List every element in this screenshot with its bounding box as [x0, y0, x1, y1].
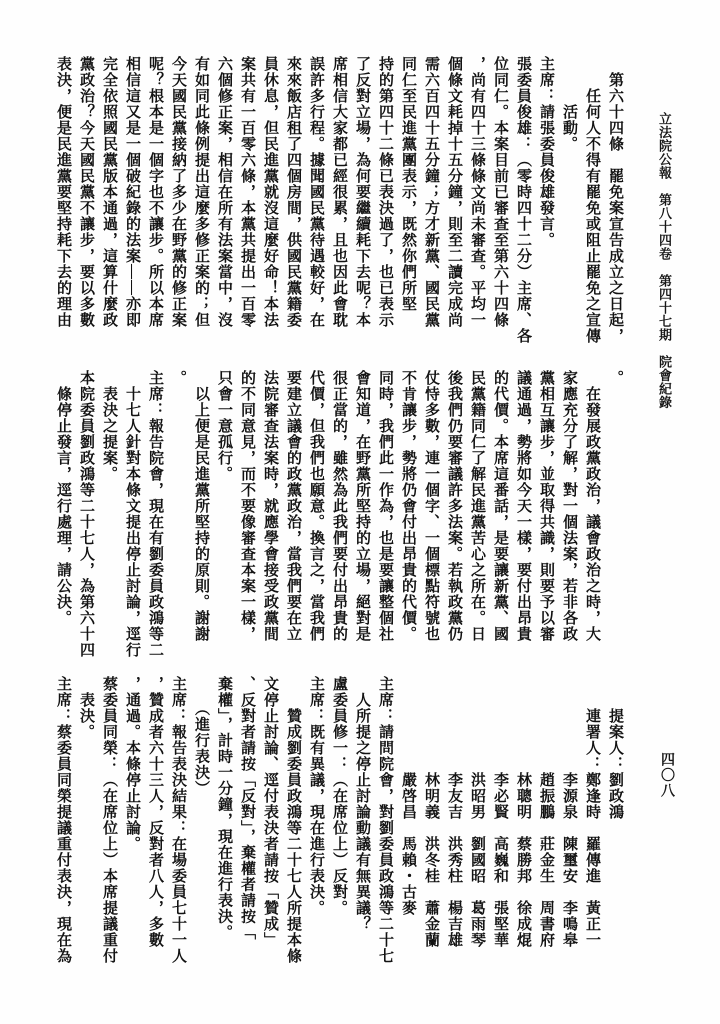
- text-column: 盧委員修一：（在席位上）反對。: [327, 676, 350, 990]
- text-column: 來來飯店租了四個房間，供國民黨籍委: [281, 56, 304, 358]
- text-column: 黨相互讓步，並取得共識，則要予以審: [534, 370, 557, 672]
- text-column: 很正當的，雖然為此我們要付出昂貴的: [327, 370, 350, 672]
- text-column: 表決，便是民進黨要堅持耗下去的理由: [51, 56, 74, 358]
- text-column: 林聰明 蔡勝邦 徐成焜: [511, 676, 534, 990]
- text-column: 李源泉 陳璽安 李鳴皋: [557, 676, 580, 990]
- text-column: 議通過，勢將如今天一樣，要付出昂貴: [511, 370, 534, 672]
- text-column: 席相信大家都已經很累，且也因此會耽: [327, 56, 350, 358]
- text-column: 主席：既有異議，現在進行表決。: [304, 676, 327, 990]
- text-column: 任何人不得有罷免或阻止罷免之宣傳: [580, 56, 603, 358]
- text-column: 條停止發言，逕行處理，請公決。: [51, 370, 74, 672]
- text-column: 連署人：鄭逢時 羅傳進 黃正一: [580, 676, 603, 990]
- text-column: ，贊成者六十三人，反對者八人，多數: [143, 676, 166, 990]
- text-column: 只會一意孤行。: [212, 370, 235, 672]
- text-column: 代價，但我們也願意。換言之，當我們: [304, 370, 327, 672]
- text-column: 了反對立場，為何要繼續耗下去呢？本: [350, 56, 373, 358]
- text-column: 今天國民黨接納了多少在野黨的修正案: [166, 56, 189, 358]
- text-column: ，通過。本條停止討論。: [120, 676, 143, 990]
- text-column: 第六十四條 罷免案宣告成立之日起，: [603, 56, 626, 358]
- text-column: 誤許多行程。據聞國民黨待遇較好，在: [304, 56, 327, 358]
- text-column: 李友吉 洪秀柱 楊吉雄: [442, 676, 465, 990]
- text-column: 提案人：劉政鴻: [603, 676, 626, 990]
- text-column: 蔡委員同榮：（在席位上）本席提議重付: [97, 676, 120, 990]
- text-column: 棄權」，計時一分鐘，現在進行表決。: [212, 676, 235, 990]
- text-column: 活動。: [557, 56, 580, 358]
- text-column: 本院委員劉政鴻等二十七人，為第六十四: [74, 370, 97, 672]
- text-column: 不肯讓步，勢將仍會付出昂貴的代價。: [396, 370, 419, 672]
- register-bottom: 提案人：劉政鴻 連署人：鄭逢時 羅傳進 黃正一 李源泉 陳璽安 李鳴皋 趙振鵬 …: [38, 676, 626, 990]
- text-column: 相信這又是一個破紀錄的法案——亦即: [120, 56, 143, 358]
- text-column: 完全依照國民黨版本通過，這算什麼政: [97, 56, 120, 358]
- text-column: 需六百四十五分鐘；方才新黨、國民黨: [419, 56, 442, 358]
- text-column: 十七人針對本條文提出停止討論，逕行: [120, 370, 143, 672]
- text-column: 位同仁。本案目前已審查至第六十四條: [488, 56, 511, 358]
- text-column: 。: [603, 370, 626, 672]
- text-column: 後我們仍要審議許多法案。若執政黨仍: [442, 370, 465, 672]
- gazette-scan-page: 立法院公報 第八十四卷 第四十七期 院會紀錄 四〇八 第六十四條 罷免案宣告成立…: [0, 0, 720, 1024]
- text-column: 贊成劉委員政鴻等二十七人所提本條: [281, 676, 304, 990]
- text-column: 黨政治？今天國民黨不讓步，要以多數: [74, 56, 97, 358]
- text-column: 在發展政黨政治，議會政治之時，大: [580, 370, 603, 672]
- text-column: 李必賢 高巍和 張堅華: [488, 676, 511, 990]
- register-middle: 。 在發展政黨政治，議會政治之時，大家應充分了解，對一個法案，若非各政黨相互讓步…: [38, 370, 626, 672]
- text-column: 家應充分了解，對一個法案，若非各政: [557, 370, 580, 672]
- text-column: 個條文耗掉十五分鐘，則至二讀完成尚: [442, 56, 465, 358]
- text-column: 員休息，但民進黨就沒這麼好命！本法: [258, 56, 281, 358]
- text-column: 民黨籍同仁了解民進黨苦心之所在。日: [465, 370, 488, 672]
- text-column: 以上便是民進黨所堅持的原則。謝謝: [189, 370, 212, 672]
- register-top: 第六十四條 罷免案宣告成立之日起， 任何人不得有罷免或阻止罷免之宣傳 活動。主席…: [38, 56, 626, 358]
- text-column: 呢？根本是一個字也不讓步。所以本席: [143, 56, 166, 358]
- text-column: 持的第四十二條已表決過了，也已表示: [373, 56, 396, 358]
- running-header: 立法院公報 第八十四卷 第四十七期 院會紀錄: [655, 112, 674, 409]
- text-column: 主席：報告院會，現在有劉委員政鴻等二: [143, 370, 166, 672]
- text-column: 表決之提案。: [97, 370, 120, 672]
- text-column: 文停止討論、逕付表決者請按「贊成」: [258, 676, 281, 990]
- text-column: 案共有一百零六條，本黨共提出一百零: [235, 56, 258, 358]
- text-column: （進行表決）: [189, 676, 212, 990]
- text-column: 主席：請張委員俊雄發言。: [534, 56, 557, 358]
- text-column: 會知道，在野黨所堅持的立場，絕對是: [350, 370, 373, 672]
- text-column: 的代價。本席這番話，是要讓新黨、國: [488, 370, 511, 672]
- page-number: 四〇八: [656, 752, 676, 799]
- text-column: 。: [166, 370, 189, 672]
- text-column: 同時，我們此一作為，也是要讓整個社: [373, 370, 396, 672]
- text-column: 趙振鵬 莊金生 周書府: [534, 676, 557, 990]
- text-column: 主席：報告表決結果：在場委員七十一人: [166, 676, 189, 990]
- text-column: 表決。: [74, 676, 97, 990]
- text-column: ，尚有四十三條條文尚未審查。平均一: [465, 56, 488, 358]
- text-column: 、反對者請按「反對」，棄權者請按「: [235, 676, 258, 990]
- text-column: 林明義 洪冬桂 蕭金蘭: [419, 676, 442, 990]
- text-column: 主席：蔡委員同榮提議重付表決，現在為: [51, 676, 74, 990]
- text-column: 六個修正案，相信在所有法案當中，沒: [212, 56, 235, 358]
- text-column: 嚴啓昌 馬賴・古麥: [396, 676, 419, 990]
- text-column: 洪昭男 劉國昭 葛雨琴: [465, 676, 488, 990]
- text-column: 有如同此條例提出這麼多修正案的；但: [189, 56, 212, 358]
- text-column: 張委員俊雄：（零時四十二分）主席、各: [511, 56, 534, 358]
- text-column: 法院審查法案時，就應學會接受政黨間: [258, 370, 281, 672]
- text-column: 的不同意見，而不要像審查本案一樣，: [235, 370, 258, 672]
- text-column: 仗恃多數，連一個字、一個標點符號也: [419, 370, 442, 672]
- text-column: 要建立議會的政黨政治，當我們要在立: [281, 370, 304, 672]
- text-column: 人所提之停止討論動議有無異議？: [350, 676, 373, 990]
- text-column: 主席：請問院會，對劉委員政鴻等二十七: [373, 676, 396, 990]
- text-column: 同仁至民進黨團表示，既然你們所堅: [396, 56, 419, 358]
